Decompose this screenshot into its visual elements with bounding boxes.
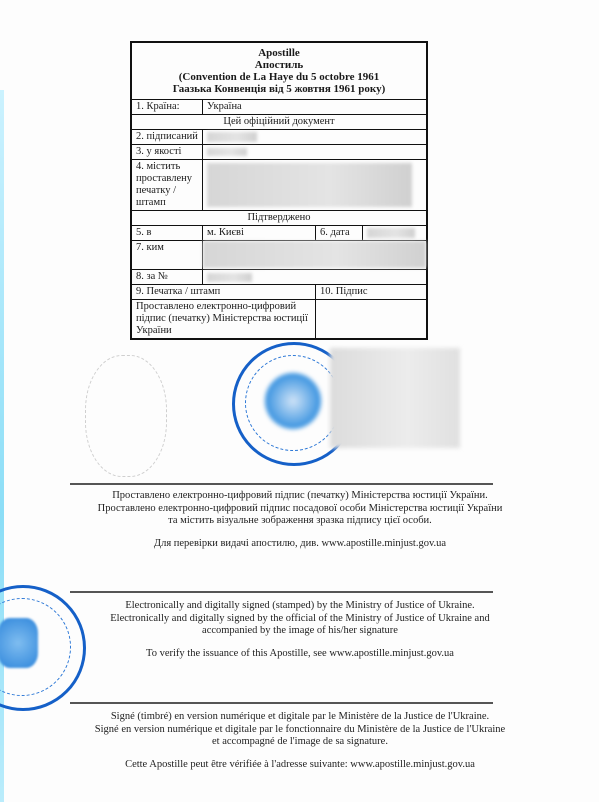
convention-fr: (Convention de La Haye du 5 octobre 1961 — [134, 71, 424, 83]
field4-label: 4. містить проставлену печатку / штамп — [131, 160, 203, 211]
verify-link-uk: Для перевірки видачі апостилю, див. www.… — [70, 538, 530, 551]
field5-label: 5. в — [131, 226, 203, 241]
divider-en — [70, 591, 493, 593]
notes-en: Electronically and digitally signed (sta… — [70, 600, 530, 660]
field8-label: 8. за № — [131, 270, 203, 285]
note-en-line3: accompanied by the image of his/her sign… — [70, 625, 530, 638]
note-fr-line1: Signé (timbré) en version numérique et d… — [70, 711, 530, 724]
notes-uk: Проставлено електронно-цифровий підпис (… — [70, 490, 530, 550]
field10-value — [316, 300, 428, 340]
apostille-header: Apostille Апостиль (Convention de La Hay… — [131, 42, 427, 100]
note-fr-line3: et accompagné de l'image de sa signature… — [70, 736, 530, 749]
section-document: Цей офіційний документ — [131, 115, 427, 130]
title-uk: Апостиль — [134, 59, 424, 71]
title-fr: Apostille — [134, 47, 424, 59]
faint-seal — [85, 355, 167, 477]
field4-value — [203, 160, 428, 211]
field6-value — [363, 226, 428, 241]
verify-link-en: To verify the issuance of this Apostille… — [70, 648, 530, 661]
stamp-emblem — [265, 373, 321, 429]
field9-label: 9. Печатка / штамп — [131, 285, 316, 300]
note-uk-line1: Проставлено електронно-цифровий підпис (… — [70, 490, 530, 503]
field2-label: 2. підписаний — [131, 130, 203, 145]
section-confirmed: Підтверджено — [131, 211, 427, 226]
divider-uk — [70, 483, 493, 485]
signature-redacted — [330, 348, 460, 448]
field1-label: 1. Країна: — [131, 100, 203, 115]
convention-uk: Гаазька Конвенція від 5 жовтня 1961 року… — [134, 83, 424, 95]
field3-value — [203, 145, 428, 160]
note-fr-line2: Signé en version numérique et digitale p… — [70, 724, 530, 737]
field7-label: 7. ким — [131, 241, 203, 270]
field5-value: м. Києві — [203, 226, 316, 241]
notes-fr: Signé (timbré) en version numérique et d… — [70, 711, 530, 771]
note-uk-line3: та містить візуальне зображення зразка п… — [70, 515, 530, 528]
note-uk-line2: Проставлено електронно-цифровий підпис п… — [70, 503, 530, 516]
field1-value: Україна — [203, 100, 428, 115]
field3-label: 3. у якості — [131, 145, 203, 160]
field9-value: Проставлено електронно-цифровий підпис (… — [131, 300, 316, 340]
field10-label: 10. Підпис — [316, 285, 428, 300]
divider-fr — [70, 702, 493, 704]
field2-value — [203, 130, 428, 145]
note-en-line2: Electronically and digitally signed by t… — [70, 613, 530, 626]
trident-emblem-icon — [0, 618, 38, 668]
note-en-line1: Electronically and digitally signed (sta… — [70, 600, 530, 613]
field6-label: 6. дата — [316, 226, 363, 241]
apostille-table: Apostille Апостиль (Convention de La Hay… — [130, 41, 428, 340]
verify-link-fr: Cette Apostille peut être vérifiée à l'a… — [70, 759, 530, 772]
field7-value — [203, 241, 428, 270]
field8-value — [203, 270, 428, 285]
